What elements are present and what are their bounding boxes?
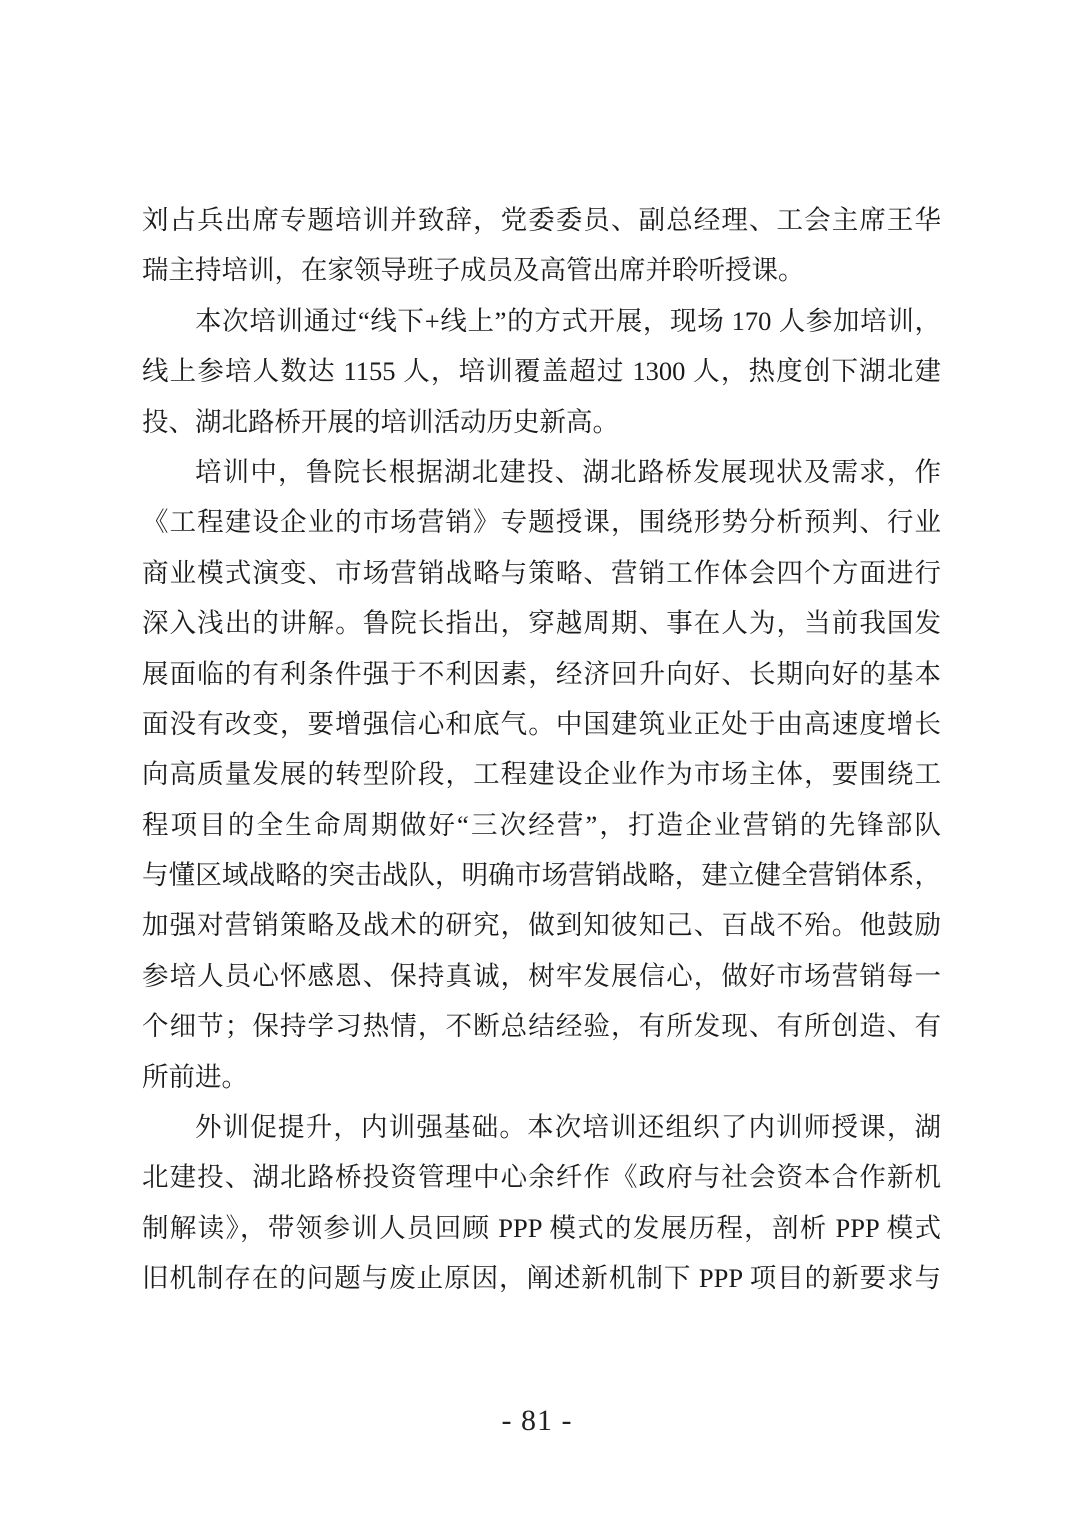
text-line: 所前进。: [142, 1052, 941, 1102]
text-line: 北建投、湖北路桥投资管理中心余纤作《政府与社会资本合作新机: [142, 1152, 941, 1202]
document-body: 刘占兵出席专题培训并致辞，党委委员、副总经理、工会主席王华瑞主持培训，在家领导班…: [142, 195, 941, 1304]
text-line: 《工程建设企业的市场营销》专题授课，围绕形势分析预判、行业: [142, 497, 941, 547]
text-line: 展面临的有利条件强于不利因素，经济回升向好、长期向好的基本: [142, 649, 941, 699]
text-line: 本次培训通过“线下+线上”的方式开展，现场 170 人参加培训，: [142, 296, 941, 346]
text-line: 瑞主持培训，在家领导班子成员及高管出席并聆听授课。: [142, 245, 941, 295]
page-number: - 81 -: [0, 1400, 1074, 1442]
text-line: 外训促提升，内训强基础。本次培训还组织了内训师授课，湖: [142, 1102, 941, 1152]
text-line: 线上参培人数达 1155 人，培训覆盖超过 1300 人，热度创下湖北建: [142, 346, 941, 396]
text-line: 向高质量发展的转型阶段，工程建设企业作为市场主体，要围绕工: [142, 749, 941, 799]
text-line: 投、湖北路桥开展的培训活动历史新高。: [142, 397, 941, 447]
text-line: 深入浅出的讲解。鲁院长指出，穿越周期、事在人为，当前我国发: [142, 598, 941, 648]
text-line: 加强对营销策略及战术的研究，做到知彼知己、百战不殆。他鼓励: [142, 900, 941, 950]
text-line: 商业模式演变、市场营销战略与策略、营销工作体会四个方面进行: [142, 548, 941, 598]
text-line: 参培人员心怀感恩、保持真诚，树牢发展信心，做好市场营销每一: [142, 951, 941, 1001]
text-line: 旧机制存在的问题与废止原因，阐述新机制下 PPP 项目的新要求与: [142, 1253, 941, 1303]
text-line: 制解读》，带领参训人员回顾 PPP 模式的发展历程，剖析 PPP 模式: [142, 1203, 941, 1253]
text-line: 刘占兵出席专题培训并致辞，党委委员、副总经理、工会主席王华: [142, 195, 941, 245]
text-line: 程项目的全生命周期做好“三次经营”，打造企业营销的先锋部队: [142, 800, 941, 850]
text-line: 与懂区域战略的突击战队，明确市场营销战略，建立健全营销体系，: [142, 850, 941, 900]
text-line: 培训中，鲁院长根据湖北建投、湖北路桥发展现状及需求，作: [142, 447, 941, 497]
document-page: 刘占兵出席专题培训并致辞，党委委员、副总经理、工会主席王华瑞主持培训，在家领导班…: [0, 0, 1074, 1520]
text-line: 个细节；保持学习热情，不断总结经验，有所发现、有所创造、有: [142, 1001, 941, 1051]
text-line: 面没有改变，要增强信心和底气。中国建筑业正处于由高速度增长: [142, 699, 941, 749]
